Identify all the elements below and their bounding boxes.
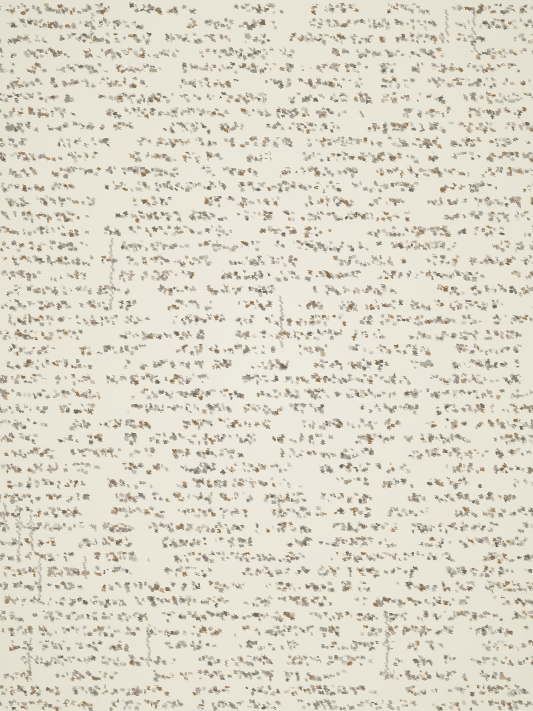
- rug-texture: [0, 0, 533, 711]
- streak-pattern: [0, 0, 533, 711]
